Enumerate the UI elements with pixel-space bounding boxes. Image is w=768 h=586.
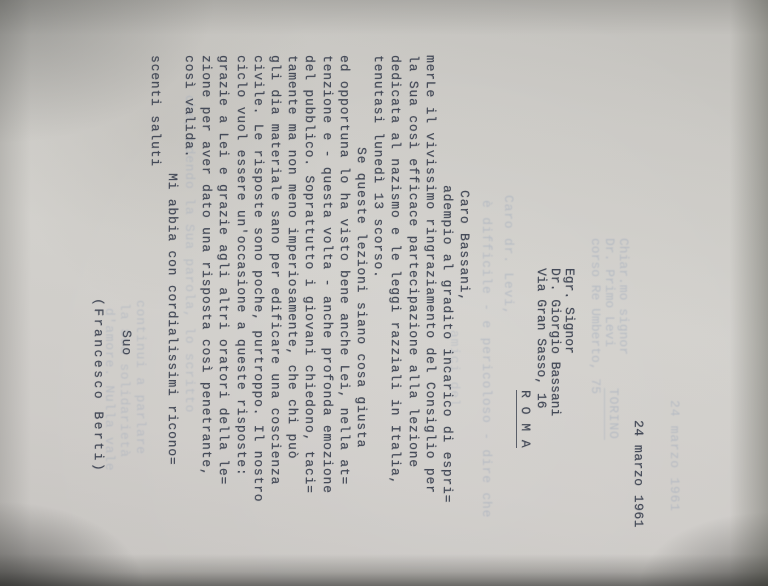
recipient-street: Via Gran Sasso, 16 <box>533 268 547 448</box>
recipient-name: Dr. Giorgio Bassani <box>548 268 562 448</box>
letter-line: così valida. <box>181 55 198 575</box>
salutation: Caro Bassani, <box>457 190 472 302</box>
letter-line: tamente ma non meno imperiosamente, che … <box>284 55 301 575</box>
bleed-through-text: è difficile - e pericoloso - dire che <box>479 200 494 518</box>
letter-line: del pubblico. Soprattutto i giovani chie… <box>301 55 318 575</box>
bleed-through-salutation: Caro dr. Levi, <box>501 195 516 315</box>
recipient-block: Egr. Signor Dr. Giorgio Bassani Via Gran… <box>516 268 576 448</box>
recipient-city: R O M A <box>516 390 532 448</box>
letter-photo: 24 marzo 1961 Chiar.mo signor Dr. Primo … <box>0 0 768 586</box>
closing: Suo <box>119 330 134 356</box>
letter-line: Se queste lezioni siano cosa giusta <box>353 55 370 575</box>
signature: (Francesco Berti) <box>91 298 106 473</box>
letter-line: gli dia materiale sano per edificare una… <box>267 55 284 575</box>
bleed-through-recipient-line: Dr. Primo Levi <box>602 238 616 394</box>
letter-line: merLe il vivissimo ringraziamento del Co… <box>422 55 439 575</box>
bleed-through-date: 24 marzo 1961 <box>667 400 682 512</box>
letter-line: scenti saluti <box>146 55 163 575</box>
recipient-city-line: R O M A <box>516 268 533 448</box>
bleed-through-recipient-block: Chiar.mo signor Dr. Primo Levi corso Re … <box>587 238 630 394</box>
letter-line: ed opportuna lo ha visto bene anche Lei,… <box>336 55 353 575</box>
letter-line: ciclo vuol essere un'occasione a queste … <box>232 55 249 575</box>
letter-line: civile. Le risposte sono poche, purtropp… <box>250 55 267 575</box>
recipient-honorific: Egr. Signor <box>562 268 576 448</box>
letter-line: adempio al gradito incarico di espri= <box>439 55 456 575</box>
letter-line: la Sua così efficace partecipazione alla… <box>404 55 421 575</box>
letter-line: tenutasi lunedì 13 scorso. <box>370 55 387 575</box>
letter-line: Mi abbia con cordialissimi ricono= <box>164 55 181 575</box>
letter-line: tenzione e - questa volta - anche profon… <box>318 55 335 575</box>
bleed-through-text: la Sua solidarietà <box>117 303 132 458</box>
letter-line: dedicata al nazismo e le leggi razziali … <box>387 55 404 575</box>
letter-body: adempio al gradito incarico di espri= me… <box>146 55 456 575</box>
letter-line: grazie a Lei e grazie agli altri oratori… <box>215 55 232 575</box>
bleed-through-city-text: TORINO <box>604 388 621 440</box>
bleed-through-city: TORINO <box>606 388 621 440</box>
date-line: 24 marzo 1961 <box>631 420 646 528</box>
bleed-through-recipient-line: corso Re Umberto, 75 <box>587 238 601 394</box>
letter-paper: 24 marzo 1961 Chiar.mo signor Dr. Primo … <box>0 0 768 586</box>
bleed-through-recipient-line: Chiar.mo signor <box>616 238 630 394</box>
letter-line: zione per aver dato una risposta così pe… <box>198 55 215 575</box>
